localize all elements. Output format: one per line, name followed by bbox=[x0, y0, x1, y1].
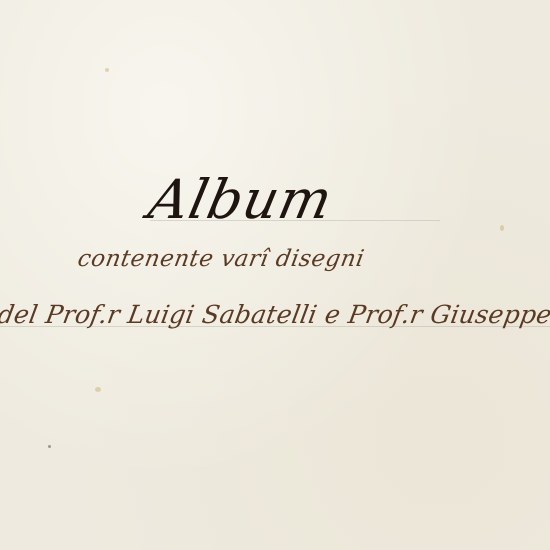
subtitle-line-contents: contenente varî disegni bbox=[76, 246, 367, 272]
paper-foxing-spot bbox=[500, 225, 504, 231]
manuscript-page: Album contenente varî disegni del Prof.r… bbox=[0, 0, 550, 550]
paper-foxing-spot bbox=[95, 387, 101, 392]
subtitle-line-authors: del Prof.r Luigi Sabatelli e Prof.r Gius… bbox=[0, 300, 550, 329]
paper-foxing-spot bbox=[48, 445, 51, 448]
album-title: Album bbox=[143, 168, 338, 231]
paper-foxing-spot bbox=[105, 68, 109, 72]
